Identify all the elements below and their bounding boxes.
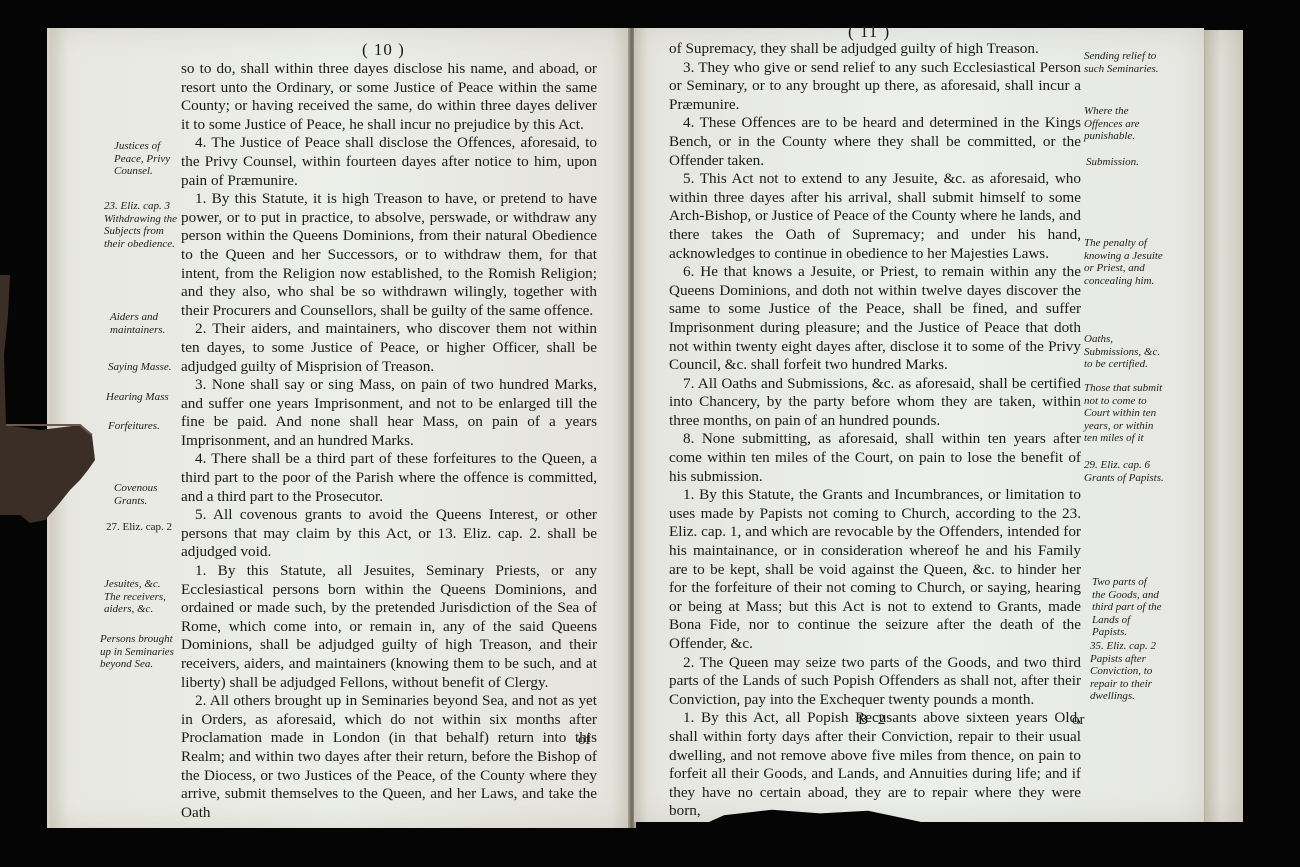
- signature-mark: B 2: [858, 712, 888, 729]
- margin-note: Persons brought up in Seminaries beyond …: [100, 633, 178, 671]
- margin-note: 23. Eliz. cap. 3 Withdrawing the Subject…: [104, 200, 180, 250]
- paragraph: 1. By this Statute, all Jesuites, Semina…: [181, 562, 597, 692]
- margin-note: Oaths, Submissions, &c. to be certified.: [1084, 333, 1164, 371]
- paragraph: 8. None submitting, as aforesaid, shall …: [669, 430, 1081, 486]
- paragraph: 1. By this Statute, the Grants and Incum…: [669, 486, 1081, 653]
- paragraph: 4. These Offences are to be heard and de…: [669, 114, 1081, 170]
- margin-note: 29. Eliz. cap. 6 Grants of Papists.: [1084, 459, 1164, 484]
- margin-note: Where the Offences are punishable.: [1084, 105, 1164, 143]
- paragraph: 3. None shall say or sing Mass, on pain …: [181, 376, 597, 450]
- catchword-left: of: [578, 732, 591, 749]
- paragraph: of Supremacy, they shall be adjudged gui…: [669, 40, 1081, 59]
- margin-note: Forfeitures.: [108, 420, 188, 433]
- right-page-text: of Supremacy, they shall be adjudged gui…: [669, 40, 1081, 821]
- paragraph: 7. All Oaths and Submissions, &c. as afo…: [669, 375, 1081, 431]
- page-number-left: ( 10 ): [362, 40, 405, 60]
- paragraph: 5. All covenous grants to avoid the Quee…: [181, 506, 597, 562]
- margin-note: Those that submit not to come to Court w…: [1084, 382, 1164, 445]
- margin-note: 27. Eliz. cap. 2: [106, 521, 186, 534]
- book-clip: [0, 275, 96, 525]
- paragraph: 2. The Queen may seize two parts of the …: [669, 654, 1081, 710]
- margin-note: Submission.: [1086, 156, 1166, 169]
- page-number-right: ( 11 ): [848, 22, 890, 42]
- margin-note: Hearing Mass: [106, 391, 186, 404]
- margin-note: Sending relief to such Seminaries.: [1084, 50, 1164, 75]
- paragraph: 3. They who give or send relief to any s…: [669, 59, 1081, 115]
- paragraph: 2. Their aiders, and maintainers, who di…: [181, 320, 597, 376]
- margin-note: Covenous Grants.: [114, 482, 164, 507]
- margin-note: Aiders and maintainers.: [110, 311, 178, 336]
- paragraph: 5. This Act not to extend to any Jesuite…: [669, 170, 1081, 263]
- margin-note: Justices of Peace, Privy Counsel.: [114, 140, 180, 178]
- paragraph: 1. By this Statute, it is high Treason t…: [181, 190, 597, 320]
- paragraph: 4. The Justice of Peace shall disclose t…: [181, 134, 597, 190]
- paragraph: 2. All others brought up in Seminaries b…: [181, 692, 597, 822]
- margin-note: 35. Eliz. cap. 2 Papists after Convictio…: [1090, 640, 1164, 703]
- paragraph: 4. There shall be a third part of these …: [181, 450, 597, 506]
- page-edges: [1204, 30, 1243, 822]
- paragraph: 6. He that knows a Jesuite, or Priest, t…: [669, 263, 1081, 375]
- margin-note: Jesuites, &c. The receivers, aiders, &c.: [104, 578, 176, 616]
- margin-note: Saying Masse.: [108, 361, 188, 374]
- catchword-right: or: [1072, 712, 1085, 729]
- paragraph: so to do, shall within three dayes discl…: [181, 60, 597, 134]
- left-page-text: so to do, shall within three dayes discl…: [181, 60, 597, 822]
- margin-note: Two parts of the Goods, and third part o…: [1092, 576, 1162, 639]
- margin-note: The penalty of knowing a Jesuite or Prie…: [1084, 237, 1164, 287]
